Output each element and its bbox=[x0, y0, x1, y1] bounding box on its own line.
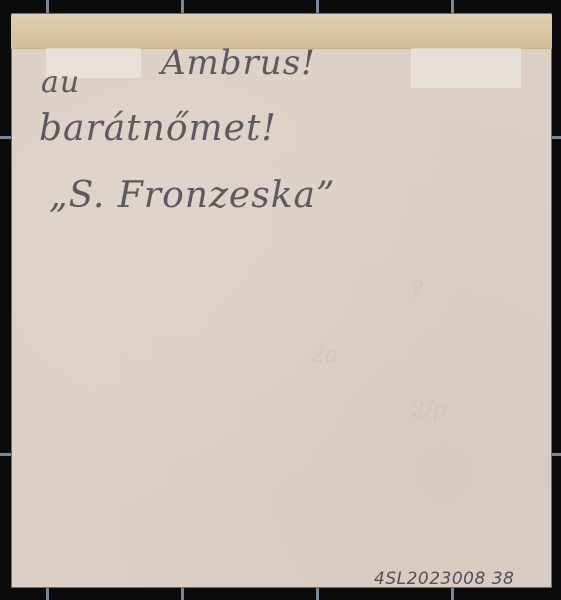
faint-mark: 2a bbox=[311, 343, 338, 368]
tape-residue-right bbox=[411, 48, 521, 88]
handwriting-line-1-prefix: au bbox=[41, 65, 80, 100]
handwriting-line-2: barátnőmet! bbox=[39, 108, 277, 149]
faint-mark: 2/p bbox=[411, 398, 447, 423]
handwriting-line-1: Ambrus! bbox=[161, 43, 316, 83]
paper-card: Ambrus! au barátnőmet! „S. Fronzeska” ? … bbox=[11, 13, 552, 588]
handwriting-line-3: „S. Fronzeska” bbox=[49, 175, 335, 216]
catalog-number: 4SL2023008 38 bbox=[374, 569, 514, 589]
faint-mark: ? bbox=[411, 278, 423, 303]
